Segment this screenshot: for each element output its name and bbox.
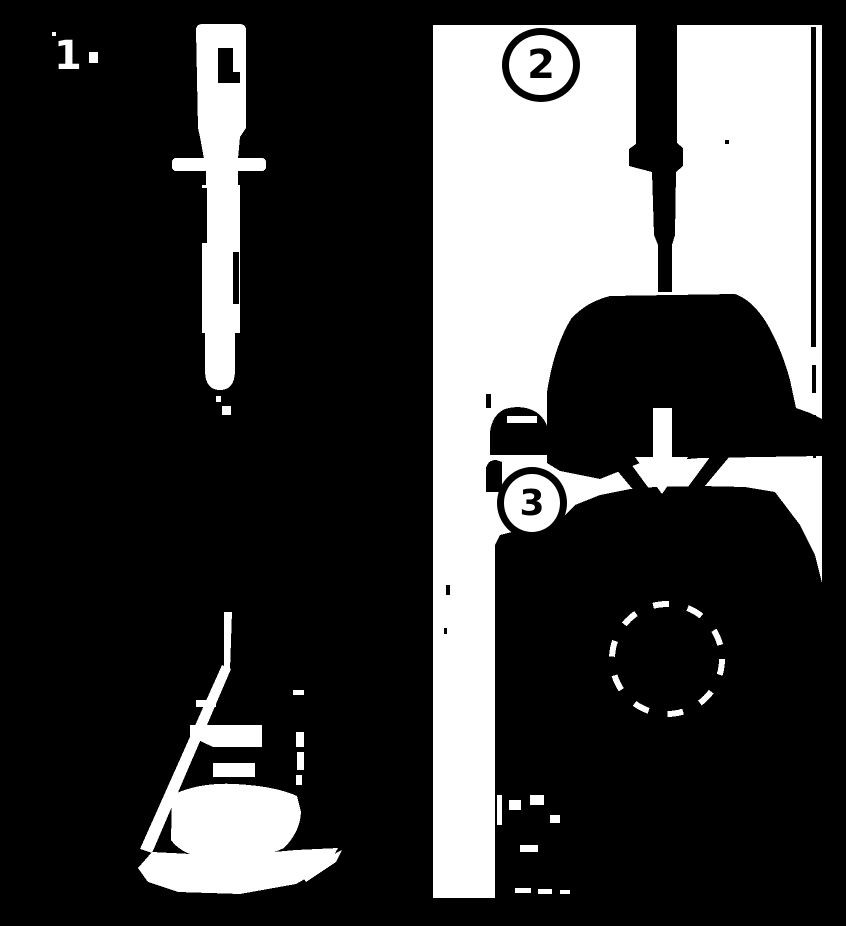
pipette-stem bbox=[206, 171, 238, 185]
panel-1-label: 1 bbox=[54, 36, 84, 76]
panel-1-label-artifact bbox=[89, 52, 98, 63]
pipette bbox=[172, 24, 266, 415]
flask-reflection-bands bbox=[190, 700, 262, 777]
flask-right-edge-dashes bbox=[293, 690, 304, 785]
pipette-shadow-streak-2 bbox=[233, 252, 239, 304]
pipette-drip-2 bbox=[222, 406, 231, 415]
flask-liquid bbox=[171, 784, 301, 861]
figure-artwork bbox=[0, 0, 846, 926]
pipette-tip bbox=[205, 333, 235, 390]
pipette-flange bbox=[172, 158, 266, 171]
flask-neck-line bbox=[224, 612, 232, 670]
tissue-mass bbox=[495, 486, 822, 898]
pipette-neck bbox=[198, 128, 246, 159]
panel-1-label-dot bbox=[52, 32, 56, 36]
tissue-lump-highlight bbox=[507, 416, 537, 423]
pipette-barrel-slot-foot bbox=[233, 72, 240, 83]
pipette-drip-1 bbox=[216, 396, 221, 402]
tissue-lump-fleck bbox=[486, 394, 491, 408]
pipette-shadow-streak-1 bbox=[202, 188, 207, 243]
figure-root: 1 2 3 bbox=[0, 0, 846, 926]
panel-2-label: 2 bbox=[502, 28, 580, 102]
pipette-barrel-slot bbox=[218, 48, 233, 83]
panel-3-label: 3 bbox=[497, 467, 567, 539]
flask bbox=[138, 612, 342, 894]
